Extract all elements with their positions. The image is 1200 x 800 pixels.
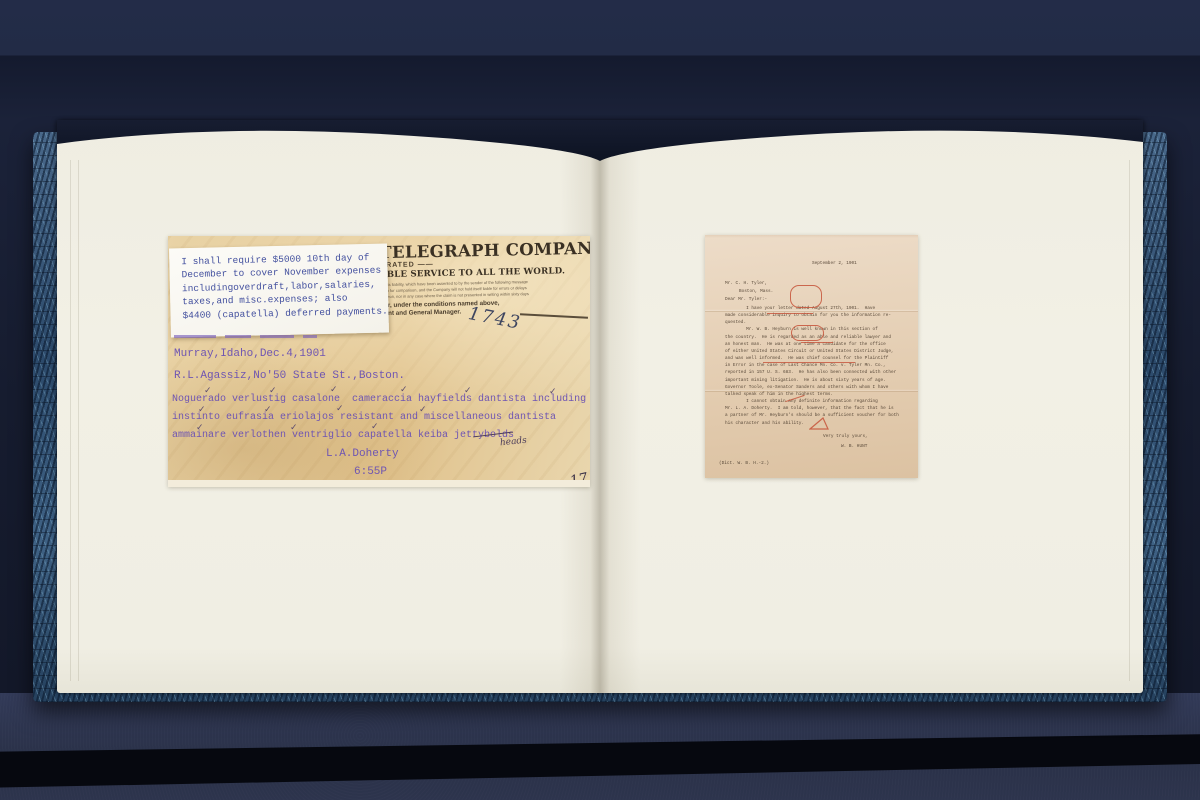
- telegram-dateline: Murray,Idaho,Dec.4,1901: [174, 348, 326, 360]
- letter-body-line: in Error in the case of Last Chance Mn. …: [725, 362, 907, 369]
- letter-date: September 2, 1901: [812, 261, 857, 266]
- letter-body-line: I cannot obtain any definite information…: [725, 398, 907, 405]
- red-circle-annotation: [791, 325, 824, 341]
- checkmark-icon: ✓: [371, 422, 379, 432]
- red-triangle-annotation: [809, 417, 829, 430]
- telegram-body-line-2: instinto eufrasia eriolajos resistant an…: [172, 412, 556, 423]
- letter-salutation: Dear Mr. Tyler:-: [725, 297, 767, 302]
- telegram-signature: L.A.Doherty: [326, 448, 399, 460]
- letter-body-line: talked speak of him in the highest terms…: [725, 391, 907, 398]
- checkmark-icon: ✓: [196, 423, 204, 433]
- letter-body-line: Mr. L. A. Doherty. I am told, however, t…: [725, 405, 907, 412]
- letter-body-line: of either United States Circuit or Unite…: [725, 348, 907, 355]
- checkmark-icon: ✓: [464, 386, 472, 396]
- checkmark-icon: ✓: [336, 404, 344, 414]
- letter-body-line: important mining litigation. He is about…: [725, 377, 907, 384]
- letter-recipient-1: Mr. C. H. Tyler,: [725, 281, 767, 286]
- letter-recipient-2: Boston, Mass.: [739, 289, 773, 294]
- letter-body-line: Governor Toole, ex-Senator Sanders and o…: [725, 384, 907, 391]
- telegram-photo: TELEGRAPH COMPANY. ORATED —— ABLE SERVIC…: [168, 236, 590, 487]
- letter-closing: Very truly yours,: [823, 434, 868, 439]
- telegram-address: R.L.Agassiz,No'50 State St.,Boston.: [174, 370, 405, 382]
- printed-rule: [520, 313, 588, 318]
- illegible-fragment: [174, 335, 216, 338]
- photograph-of-open-book: { "scene": { "background_color": "#1b223…: [0, 0, 1200, 800]
- illegible-fragment: [260, 335, 294, 338]
- page-edge-line: [70, 160, 71, 681]
- checkmark-icon: ✓: [549, 387, 557, 397]
- open-book-pages: TELEGRAPH COMPANY. ORATED —— ABLE SERVIC…: [57, 120, 1143, 693]
- red-underline-annotation: [763, 362, 855, 363]
- checkmark-icon: ✓: [269, 386, 277, 396]
- red-circle-annotation: [790, 285, 822, 308]
- typed-note-card: I shall require $5000 10th day of Decemb…: [169, 244, 389, 338]
- obscured-typed-line: [174, 335, 317, 338]
- checkmark-icon: ✓: [198, 405, 206, 415]
- page-edge-line: [78, 160, 79, 681]
- letter-photo: September 2, 1901 Mr. C. H. Tyler, Bosto…: [705, 235, 918, 478]
- telegram-body-line-3: ammainare verlothen ventriglio capatella…: [172, 430, 514, 441]
- illegible-fragment: [225, 335, 251, 338]
- checkmark-icon: ✓: [400, 385, 408, 395]
- illegible-fragment: [303, 335, 317, 338]
- red-underline-annotation: [801, 342, 833, 343]
- telegram-time: 6:55P: [354, 466, 387, 478]
- letter-dictation-note: (Dict. W. B. H.-2.): [719, 461, 769, 466]
- red-underline-annotation: [767, 313, 813, 314]
- letter-body-line: made considerable inquiry to obtain for …: [725, 312, 907, 319]
- telegram-body-line-1: Noguerado verlustig casalone cameraccia …: [172, 394, 586, 405]
- letter-signature: W. B. HUNT: [841, 444, 867, 449]
- letter-body-line: reported in 157 U. S. 683. He has also b…: [725, 369, 907, 376]
- handwritten-correction: heads: [500, 436, 528, 449]
- checkmark-icon: ✓: [264, 405, 272, 415]
- checkmark-icon: ✓: [290, 423, 298, 433]
- checkmark-icon: ✓: [330, 385, 338, 395]
- checkmark-icon: ✓: [419, 405, 427, 415]
- checkmark-icon: ✓: [204, 386, 212, 396]
- letter-body: I have your letter dated August 27th, 19…: [725, 305, 907, 427]
- photo-bottom-margin: [168, 480, 590, 487]
- page-edge-line: [1129, 160, 1130, 681]
